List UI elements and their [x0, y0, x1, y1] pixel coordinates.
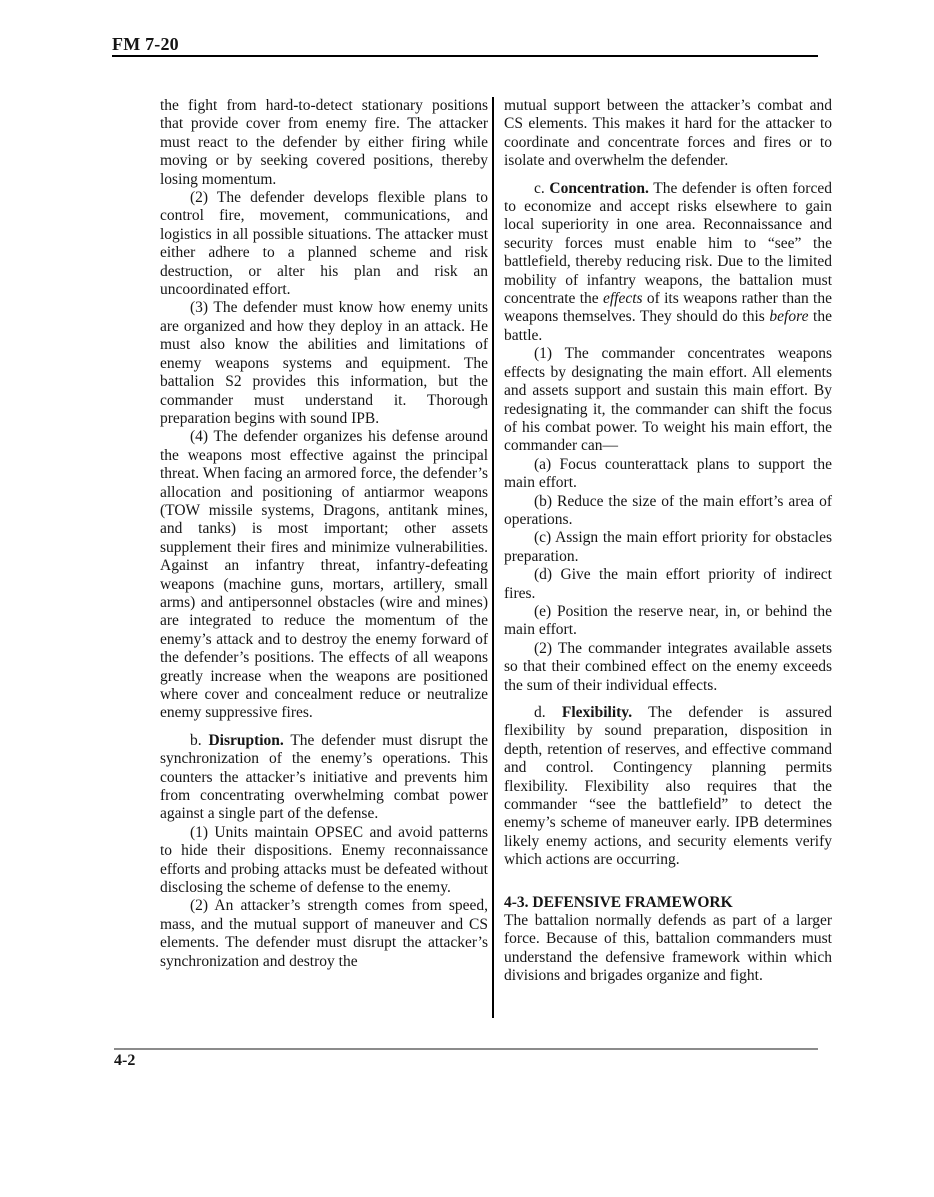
- italic-word: effects: [603, 290, 643, 307]
- paragraph-item-1: (1) The commander concentrates weapons e…: [504, 345, 832, 455]
- paragraph-item-c: (c) Assign the main effort priority for …: [504, 529, 832, 566]
- paragraph-item-2: (2) The defender develops flexible plans…: [160, 189, 488, 299]
- paragraph-item-a: (a) Focus counterattack plans to support…: [504, 456, 832, 493]
- paragraph-item-d: (d) Give the main effort priority of ind…: [504, 566, 832, 603]
- left-column: the fight from hard-to-detect stationary…: [160, 97, 488, 971]
- paragraph-item-2: (2) The commander integrates available a…: [504, 640, 832, 695]
- two-column-body: the fight from hard-to-detect stationary…: [160, 97, 836, 1018]
- section-heading: 4-3. DEFENSIVE FRAMEWORK: [504, 894, 832, 912]
- paragraph-disruption: b. Disruption. The defender must disrupt…: [160, 732, 488, 824]
- paragraph-lead-bold: Flexibility.: [562, 704, 632, 721]
- list-letter: d.: [534, 704, 562, 721]
- paragraph-continuation: the fight from hard-to-detect stationary…: [160, 97, 488, 189]
- paragraph-text: The defender is often forced to economiz…: [504, 180, 832, 307]
- paragraph-item-e: (e) Position the reserve near, in, or be…: [504, 603, 832, 640]
- footer-rule: [114, 1048, 818, 1050]
- paragraph-lead-bold: Disruption.: [208, 732, 283, 749]
- document-page: FM 7-20 the fight from hard-to-detect st…: [0, 0, 934, 1197]
- column-divider-rule: [492, 97, 494, 1018]
- paragraph-item-2b: (2) An attacker’s strength comes from sp…: [160, 897, 488, 971]
- paragraph-item-b: (b) Reduce the size of the main effort’s…: [504, 493, 832, 530]
- footer-page-number: 4-2: [114, 1052, 135, 1070]
- header-rule: [112, 55, 818, 57]
- paragraph-continuation: mutual support between the attacker’s co…: [504, 97, 832, 171]
- paragraph-item-3: (3) The defender must know how enemy uni…: [160, 299, 488, 428]
- paragraph-item-1b: (1) Units maintain OPSEC and avoid patte…: [160, 824, 488, 898]
- paragraph-text: The defender is assured flexibility by s…: [504, 704, 832, 868]
- list-letter: c.: [534, 180, 549, 197]
- paragraph-flexibility: d. Flexibility. The defender is assured …: [504, 704, 832, 870]
- section-body: The battalion normally defends as part o…: [504, 912, 832, 986]
- page-header-title: FM 7-20: [112, 34, 179, 55]
- italic-word: before: [769, 308, 808, 325]
- paragraph-concentration: c. Concentration. The defender is often …: [504, 180, 832, 346]
- right-column: mutual support between the attacker’s co…: [504, 97, 832, 986]
- list-letter: b.: [190, 732, 208, 749]
- paragraph-lead-bold: Concentration.: [549, 180, 648, 197]
- paragraph-item-4: (4) The defender organizes his defense a…: [160, 428, 488, 723]
